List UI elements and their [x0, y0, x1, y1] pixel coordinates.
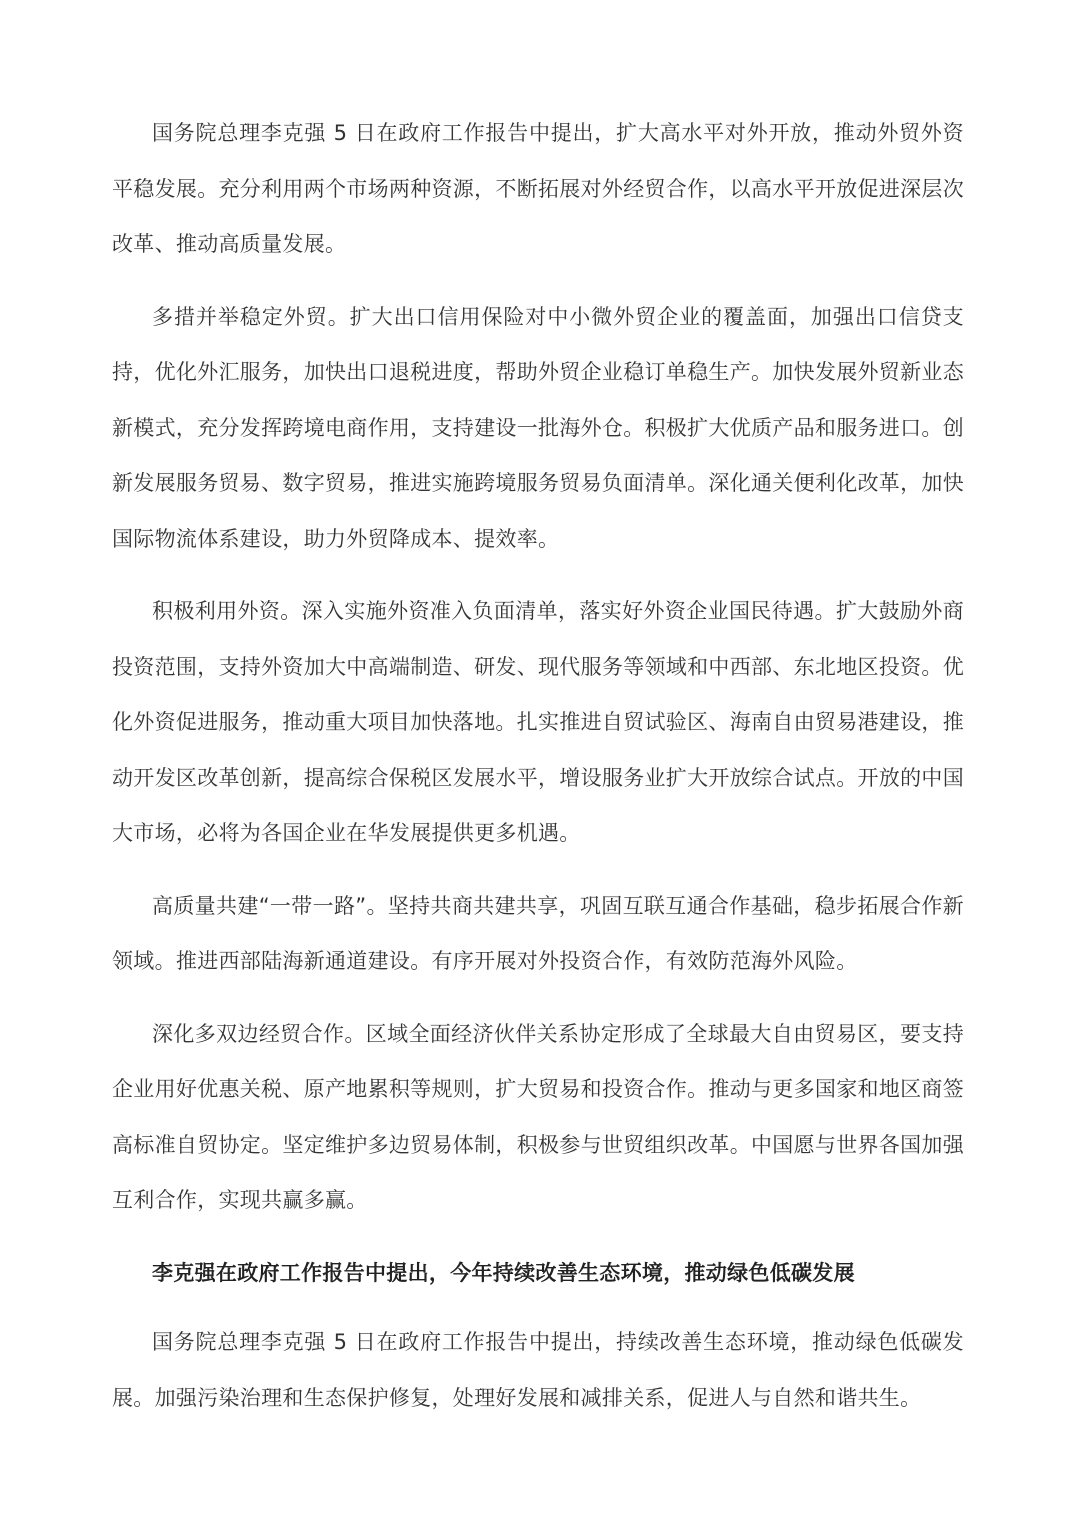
- paragraph-foreign-investment: 积极利用外资。深入实施外资准入负面清单，落实好外资企业国民待遇。扩大鼓励外商投资…: [112, 584, 964, 862]
- paragraph-open-economy-intro: 国务院总理李克强 5 日在政府工作报告中提出，扩大高水平对外开放，推动外贸外资平…: [112, 106, 964, 273]
- paragraph-stabilize-foreign-trade: 多措并举稳定外贸。扩大出口信用保险对中小微外贸企业的覆盖面，加强出口信贷支持，优…: [112, 290, 964, 568]
- document-page: 国务院总理李克强 5 日在政府工作报告中提出，扩大高水平对外开放，推动外贸外资平…: [112, 106, 964, 1443]
- paragraph-belt-and-road: 高质量共建“一带一路”。坚持共商共建共享，巩固互联互通合作基础，稳步拓展合作新领…: [112, 879, 964, 990]
- paragraph-multilateral-trade: 深化多双边经贸合作。区域全面经济伙伴关系协定形成了全球最大自由贸易区，要支持企业…: [112, 1007, 964, 1229]
- section-heading-ecology: 李克强在政府工作报告中提出，今年持续改善生态环境，推动绿色低碳发展: [112, 1246, 964, 1302]
- paragraph-ecology: 国务院总理李克强 5 日在政府工作报告中提出，持续改善生态环境，推动绿色低碳发展…: [112, 1315, 964, 1426]
